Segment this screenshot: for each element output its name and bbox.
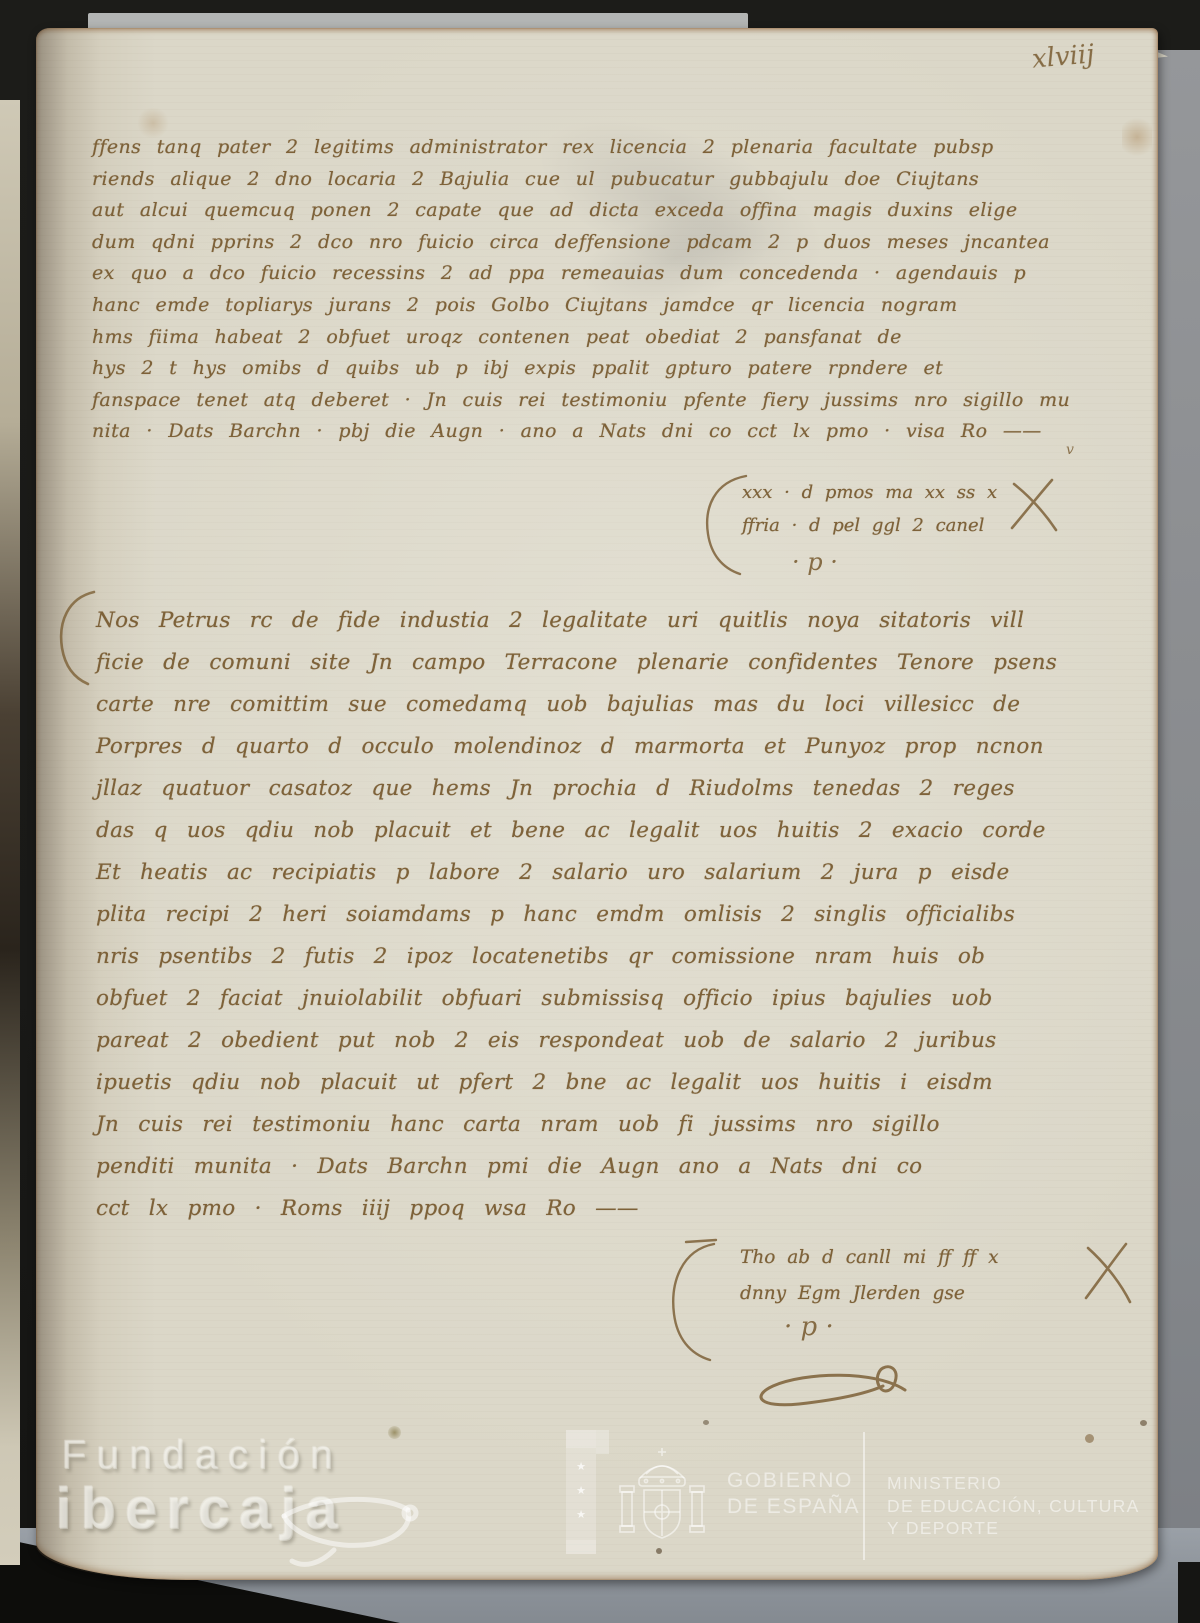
ink-spot	[1085, 1434, 1094, 1443]
manuscript-page: xlviij ffens tanq pater 2 legitims admin…	[36, 28, 1158, 1580]
manuscript-line: cct lx pmo · Roms iiij ppoq wsa Ro ——	[96, 1188, 1057, 1230]
manuscript-line: plita recipi 2 heri soiamdams p hanc emd…	[96, 894, 1057, 936]
manuscript-line: hys 2 t hys omibs d quibs ub p ibj expis…	[92, 353, 1070, 385]
manuscript-entry-2: Nos Petrus rc de fide industia 2 legalit…	[96, 600, 1057, 1230]
manuscript-line: fanspace tenet atq deberet · Jn cuis rei…	[92, 385, 1070, 417]
manuscript-line: nita · Dats Barchn · pbj die Augn · ano …	[92, 416, 1070, 448]
manuscript-line: Porpres d quarto d occulo molendinoz d m…	[96, 726, 1057, 768]
manuscript-line: nris psentibs 2 futis 2 ipoz locatenetib…	[96, 936, 1057, 978]
ink-spot	[1140, 1420, 1147, 1426]
chancery-fee-note-2: Tho ab d canll mi ff ff x dnny Egm Jlerd…	[740, 1240, 999, 1312]
shadow-corner-bottom-right	[1178, 1562, 1200, 1623]
paraph-mark: · p ·	[792, 548, 838, 576]
manuscript-line: Nos Petrus rc de fide industia 2 legalit…	[96, 600, 1057, 642]
chancery-fee-note-1: xxx · d pmos ma xx ss x ffria · d pel gg…	[742, 476, 997, 542]
manuscript-line: hanc emde topliarys jurans 2 pois Golbo …	[92, 290, 1070, 322]
pen-bracket-flourish	[48, 588, 100, 688]
manuscript-line: riends alique 2 dno locaria 2 Bajulia cu…	[92, 164, 1070, 196]
ink-spot	[656, 1548, 662, 1554]
manuscript-entry-1: ffens tanq pater 2 legitims administrato…	[92, 132, 1070, 448]
manuscript-line: ffens tanq pater 2 legitims administrato…	[92, 132, 1070, 164]
manuscript-line: jllaz quatuor casatoz que hems Jn prochi…	[96, 768, 1057, 810]
pen-x-flourish	[1008, 474, 1060, 534]
manuscript-line: ficie de comuni site Jn campo Terracone …	[96, 642, 1057, 684]
manuscript-line: Jn cuis rei testimoniu hanc carta nram u…	[96, 1104, 1057, 1146]
manuscript-line: aut alcui quemcuq ponen 2 capate que ad …	[92, 195, 1070, 227]
fee-note-line: Tho ab d canll mi ff ff x	[740, 1240, 999, 1276]
manuscript-line: dum qdni pprins 2 dco nro fuicio circa d…	[92, 227, 1070, 259]
ink-spot	[388, 1426, 401, 1439]
edge-stain	[1122, 114, 1152, 160]
manuscript-line: carte nre comittim sue comedamq uob baju…	[96, 684, 1057, 726]
archival-scan-photo: { "document": { "folio_number": "xlviij"…	[0, 0, 1200, 1623]
manuscript-line: das q uos qdiu nob placuit et bene ac le…	[96, 810, 1057, 852]
pen-loop-flourish	[715, 1360, 915, 1430]
manuscript-line: pareat 2 obedient put nob 2 eis responde…	[96, 1020, 1057, 1062]
manuscript-line: ipuetis qdiu nob placuit ut pfert 2 bne …	[96, 1062, 1057, 1104]
manuscript-line: penditi munita · Dats Barchn pmi die Aug…	[96, 1146, 1057, 1188]
pen-bracket-flourish	[662, 1234, 718, 1366]
manuscript-line: ex quo a dco fuicio recessins 2 ad ppa r…	[92, 258, 1070, 290]
paraph-mark: · p ·	[784, 1312, 834, 1342]
manuscript-line: obfuet 2 faciat jnuiolabilit obfuari sub…	[96, 978, 1057, 1020]
pen-x-flourish	[1080, 1238, 1136, 1306]
manuscript-line: Et heatis ac recipiatis p labore 2 salar…	[96, 852, 1057, 894]
fee-note-line: xxx · d pmos ma xx ss x	[742, 476, 997, 509]
fee-note-line: dnny Egm Jlerden gse	[740, 1276, 999, 1312]
marginal-check-mark: v	[1066, 442, 1074, 458]
book-gutter-edge	[0, 100, 20, 1565]
fee-note-line: ffria · d pel ggl 2 canel	[742, 509, 997, 542]
manuscript-line: hms fiima habeat 2 obfuet uroqz contenen…	[92, 322, 1070, 354]
ink-spot	[703, 1420, 709, 1425]
folio-number: xlviij	[1031, 39, 1096, 74]
